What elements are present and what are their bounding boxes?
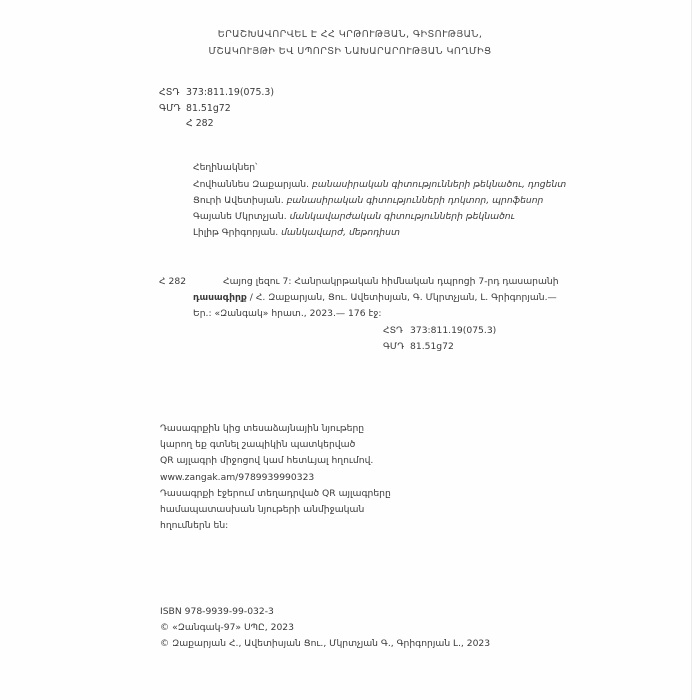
- bbk-value: 81.51g72: [186, 101, 231, 117]
- udc-label: ՀՏԴ: [159, 85, 186, 101]
- materials-link[interactable]: www.zangak.am/9789939990323: [160, 470, 391, 486]
- biblio-author-mark: Հ 282: [159, 274, 186, 290]
- biblio-title-line: Հայոց լեզու 7: Հանրակրթական հիմնական դպր…: [193, 274, 579, 290]
- author-entry: Հովհաննես Զաքարյան. բանասիրական գիտությո…: [193, 177, 566, 193]
- author-entry: Ցուրի Ավետիսյան. բանասիրական գիտությունն…: [193, 193, 566, 209]
- bibliographic-entry: Հ 282 Հայոց լեզու 7: Հանրակրթական հիմնակ…: [159, 274, 579, 355]
- author-entry: Լիլիթ Գրիգորյան. մանկավարժ, մեթոդիստ: [193, 225, 566, 241]
- author-entry: Գայանե Մկրտչյան. մանկավարժական գիտությու…: [193, 209, 566, 225]
- page-edge: [691, 0, 692, 700]
- book-imprint-page: ԵՐԱՇԽԱՎՈՐՎԵԼ Է ՀՀ ԿՐԹՈՒԹՅԱՆ, ԳԻՏՈՒԹՅԱՆ, …: [0, 0, 700, 700]
- authors-label: Հեղինակներ՝: [193, 160, 566, 176]
- classification-codes: ՀՏԴ 373:811.19(075.3) ԳՄԴ 81.51g72 Հ 282: [159, 85, 274, 132]
- author-mark: Հ 282: [186, 116, 214, 132]
- bbk-label: ԳՄԴ: [159, 101, 186, 117]
- udc-value: 373:811.19(075.3): [186, 85, 274, 101]
- header-line-2: ՄՇԱԿՈՒՅԹԻ ԵՎ ՍՊՈՐՏԻ ՆԱԽԱՐԱՐՈՒԹՅԱՆ ԿՈՂՄԻՑ: [150, 43, 550, 60]
- isbn: ISBN 978-9939-99-032-3: [160, 604, 490, 620]
- ministry-approval-header: ԵՐԱՇԽԱՎՈՐՎԵԼ Է ՀՀ ԿՐԹՈՒԹՅԱՆ, ԳԻՏՈՒԹՅԱՆ, …: [150, 26, 550, 60]
- qr-materials-note: Դասագրքին կից տեսաձայնային նյութերը կարո…: [160, 421, 391, 534]
- header-line-1: ԵՐԱՇԽԱՎՈՐՎԵԼ Է ՀՀ ԿՐԹՈՒԹՅԱՆ, ԳԻՏՈՒԹՅԱՆ,: [150, 26, 550, 43]
- biblio-codes: ՀՏԴ373:811.19(075.3) ԳՄԴ81.51g72: [383, 323, 579, 355]
- authors-block: Հեղինակներ՝ Հովհաննես Զաքարյան. բանասիրա…: [193, 160, 566, 241]
- biblio-publisher-line: Եր.: «Զանգակ» հրատ., 2023.— 176 էջ:: [193, 306, 579, 322]
- copyright-block: ISBN 978-9939-99-032-3 © «Զանգակ-97» ՍՊԸ…: [160, 604, 490, 653]
- biblio-authors-line: դասագիրք / Հ. Զաքարյան, Ցու. Ավետիսյան, …: [193, 290, 579, 306]
- publisher-copyright: © «Զանգակ-97» ՍՊԸ, 2023: [160, 620, 490, 636]
- authors-copyright: © Զաքարյան Հ., Ավետիսյան Ցու., Մկրտչյան …: [160, 636, 490, 652]
